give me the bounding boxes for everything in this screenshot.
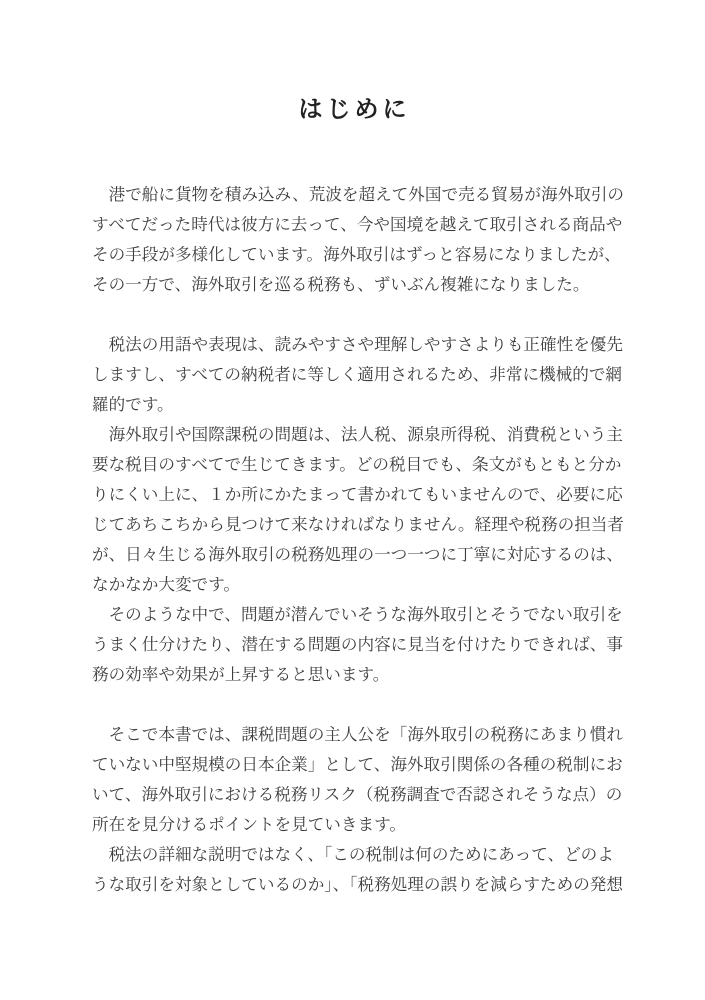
text-line: 港で船に貨物を積み込み、荒波を超えて外国で売る貿易が海外取引の <box>92 180 632 210</box>
text-line: うな取引を対象としているのか」、「税務処理の誤りを減らすための発想 <box>92 870 632 900</box>
text-line: 税法の詳細な説明ではなく、「この税制は何のためにあって、どのよ <box>92 840 632 870</box>
text-line: 税法の用語や表現は、読みやすさや理解しやすさよりも正確性を優先 <box>92 330 632 360</box>
text-line: うまく仕分けたり、潜在する問題の内容に見当を付けたりできれば、事 <box>92 630 632 660</box>
paragraph-5: そこで本書では、課税問題の主人公を「海外取引の税務にあまり慣れ ていない中堅規模… <box>92 720 632 840</box>
text-line: いて、海外取引における税務リスク（税務調査で否認されそうな点）の <box>92 780 632 810</box>
text-line: 所在を見分けるポイントを見ていきます。 <box>92 810 632 840</box>
book-page: はじめに 港で船に貨物を積み込み、荒波を超えて外国で売る貿易が海外取引の すべて… <box>0 0 705 1000</box>
text-line: 海外取引や国際課税の問題は、法人税、源泉所得税、消費税という主 <box>92 420 632 450</box>
text-line: じてあちこちから見つけて来なければなりません。経理や税務の担当者 <box>92 510 632 540</box>
text-line: ていない中堅規模の日本企業」として、海外取引関係の各種の税制にお <box>92 750 632 780</box>
text-line: しますし、すべての納税者に等しく適用されるため、非常に機械的で網 <box>92 360 632 390</box>
paragraph-4: そのような中で、問題が潜んでいそうな海外取引とそうでない取引を うまく仕分けたり… <box>92 600 632 690</box>
text-line: 要な税目のすべてで生じてきます。どの税目でも、条文がもともと分か <box>92 450 632 480</box>
text-line: が、日々生じる海外取引の税務処理の一つ一つに丁寧に対応するのは、 <box>92 540 632 570</box>
paragraph-2: 税法の用語や表現は、読みやすさや理解しやすさよりも正確性を優先 しますし、すべて… <box>92 330 632 420</box>
paragraph-6: 税法の詳細な説明ではなく、「この税制は何のためにあって、どのよ うな取引を対象と… <box>92 840 632 900</box>
text-line: りにくい上に、１か所にかたまって書かれてもいませんので、必要に応 <box>92 480 632 510</box>
text-line: そのような中で、問題が潜んでいそうな海外取引とそうでない取引を <box>92 600 632 630</box>
page-title: はじめに <box>0 95 705 125</box>
text-line: 務の効率や効果が上昇すると思います。 <box>92 660 632 690</box>
body-text: 港で船に貨物を積み込み、荒波を超えて外国で売る貿易が海外取引の すべてだった時代… <box>92 180 632 900</box>
text-line: その手段が多様化しています。海外取引はずっと容易になりましたが、 <box>92 240 632 270</box>
paragraph-3: 海外取引や国際課税の問題は、法人税、源泉所得税、消費税という主 要な税目のすべて… <box>92 420 632 600</box>
text-line: なかなか大変です。 <box>92 570 632 600</box>
text-line: 羅的です。 <box>92 390 632 420</box>
text-line: その一方で、海外取引を巡る税務も、ずいぶん複雑になりました。 <box>92 270 632 300</box>
paragraph-1: 港で船に貨物を積み込み、荒波を超えて外国で売る貿易が海外取引の すべてだった時代… <box>92 180 632 300</box>
text-line: そこで本書では、課税問題の主人公を「海外取引の税務にあまり慣れ <box>92 720 632 750</box>
text-line: すべてだった時代は彼方に去って、今や国境を越えて取引される商品や <box>92 210 632 240</box>
